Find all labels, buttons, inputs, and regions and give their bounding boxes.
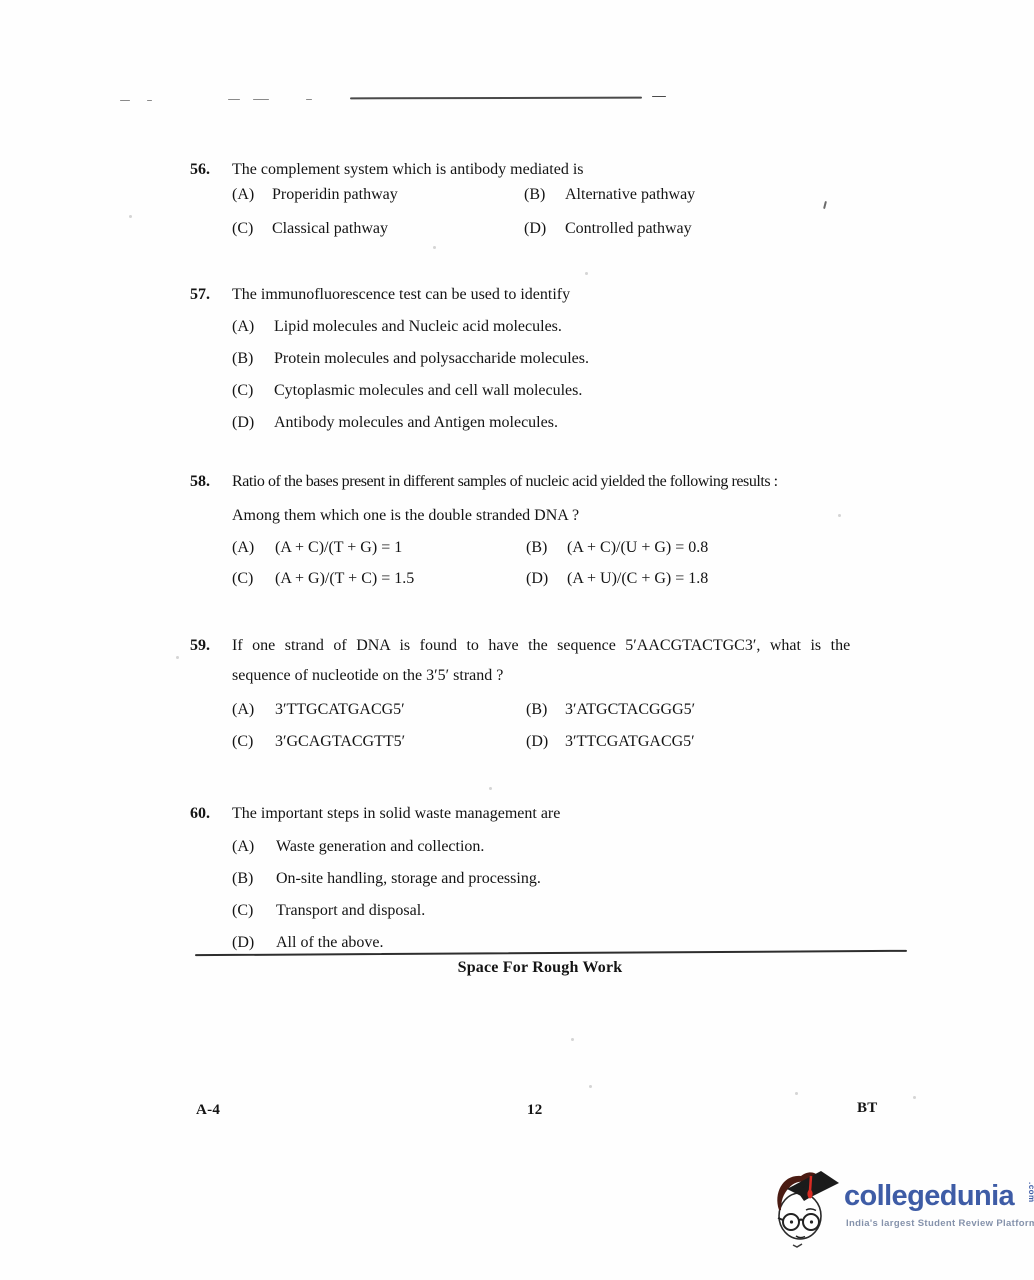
- option-text: Protein molecules and polysaccharide mol…: [274, 349, 589, 369]
- footer-page-number: 12: [527, 1102, 543, 1119]
- option-label: (A): [232, 185, 254, 205]
- question-text: The immunofluorescence test can be used …: [232, 285, 570, 305]
- graduate-mascot-icon: [770, 1166, 840, 1248]
- question-number: 56.: [190, 160, 210, 180]
- option-label: (C): [232, 732, 253, 752]
- option-text: Waste generation and collection.: [276, 837, 484, 857]
- option-text: All of the above.: [276, 933, 384, 953]
- scan-speck: [585, 272, 588, 275]
- option-label: (D): [232, 413, 254, 433]
- option-label: (C): [232, 219, 253, 239]
- scan-speck: [913, 1096, 916, 1099]
- mascot-tassel: [807, 1190, 812, 1199]
- option-label: (D): [524, 219, 546, 239]
- brand-tagline: India's largest Student Review Platform: [846, 1218, 1034, 1229]
- question-60: 60. The important steps in solid waste m…: [190, 804, 970, 954]
- scan-speck: [433, 246, 436, 249]
- footer-subject-code: BT: [857, 1100, 878, 1117]
- question-text: Among them which one is the double stran…: [232, 506, 579, 526]
- mascot-collar: [793, 1244, 802, 1247]
- question-56: 56. The complement system which is antib…: [190, 160, 970, 240]
- option-text: Antibody molecules and Antigen molecules…: [274, 413, 558, 433]
- scan-speck: [795, 1092, 798, 1095]
- option-label: (A): [232, 837, 254, 857]
- question-text: The complement system which is antibody …: [232, 160, 583, 180]
- option-text: Lipid molecules and Nucleic acid molecul…: [274, 317, 562, 337]
- option-label: (D): [232, 933, 254, 953]
- option-text: (A + U)/(C + G) = 1.8: [567, 569, 708, 589]
- option-label: (B): [526, 700, 547, 720]
- scan-artifact-line: [350, 97, 642, 100]
- brand-name: collegedunia.com: [844, 1180, 1034, 1212]
- brand-text: collegedunia: [844, 1180, 1014, 1212]
- option-label: (B): [524, 185, 545, 205]
- option-label: (A): [232, 538, 254, 558]
- question-text: If one strand of DNA is found to have th…: [232, 636, 850, 656]
- option-label: (B): [232, 869, 253, 889]
- scan-artifact-dash: [228, 99, 240, 100]
- option-label: (D): [526, 569, 548, 589]
- option-label: (B): [526, 538, 547, 558]
- scan-artifact-dash: [652, 96, 666, 97]
- option-label: (C): [232, 381, 253, 401]
- option-text: Properidin pathway: [272, 185, 398, 205]
- question-number: 58.: [190, 472, 210, 492]
- rough-work-heading: Space For Rough Work: [420, 959, 660, 977]
- option-label: (A): [232, 700, 254, 720]
- exam-paper-page: 56. The complement system which is antib…: [0, 0, 1034, 1280]
- option-text: 3′ATGCTACGGG5′: [565, 700, 695, 720]
- question-text: Ratio of the bases present in different …: [232, 472, 778, 492]
- scan-speck: [129, 215, 132, 218]
- question-58: 58. Ratio of the bases present in differ…: [190, 472, 970, 592]
- collegedunia-logo: collegedunia.com India's largest Student…: [770, 1164, 1020, 1264]
- option-text: (A + C)/(T + G) = 1: [275, 538, 402, 558]
- scan-speck: [589, 1085, 592, 1088]
- question-number: 59.: [190, 636, 210, 656]
- option-text: Transport and disposal.: [276, 901, 425, 921]
- option-label: (A): [232, 317, 254, 337]
- question-59: 59. If one strand of DNA is found to hav…: [190, 636, 970, 756]
- option-text: (A + G)/(T + C) = 1.5: [275, 569, 414, 589]
- option-text: 3′TTCGATGACG5′: [565, 732, 695, 752]
- option-text: Alternative pathway: [565, 185, 695, 205]
- footer-booklet-code: A-4: [196, 1102, 220, 1119]
- scan-speck: [176, 656, 179, 659]
- option-text: Classical pathway: [272, 219, 388, 239]
- mascot-tassel-cord: [810, 1176, 811, 1191]
- scan-artifact-dash: [147, 100, 152, 101]
- question-57: 57. The immunofluorescence test can be u…: [190, 285, 970, 435]
- question-number: 57.: [190, 285, 210, 305]
- option-label: (D): [526, 732, 548, 752]
- scan-artifact-dash: [306, 99, 312, 100]
- option-text: (A + C)/(U + G) = 0.8: [567, 538, 708, 558]
- option-text: 3′GCAGTACGTT5′: [275, 732, 405, 752]
- scan-speck: [489, 787, 492, 790]
- option-label: (C): [232, 901, 253, 921]
- option-label: (B): [232, 349, 253, 369]
- option-text: 3′TTGCATGACG5′: [275, 700, 405, 720]
- option-text: Controlled pathway: [565, 219, 692, 239]
- scan-artifact-dash: [120, 100, 130, 101]
- option-label: (C): [232, 569, 253, 589]
- option-text: On-site handling, storage and processing…: [276, 869, 541, 889]
- option-text: Cytoplasmic molecules and cell wall mole…: [274, 381, 582, 401]
- brand-suffix: .com: [1015, 1182, 1034, 1203]
- scan-artifact-dash: [253, 99, 269, 100]
- question-number: 60.: [190, 804, 210, 824]
- scan-speck: [571, 1038, 574, 1041]
- question-text: sequence of nucleotide on the 3′5′ stran…: [232, 666, 503, 686]
- question-text: The important steps in solid waste manag…: [232, 804, 560, 824]
